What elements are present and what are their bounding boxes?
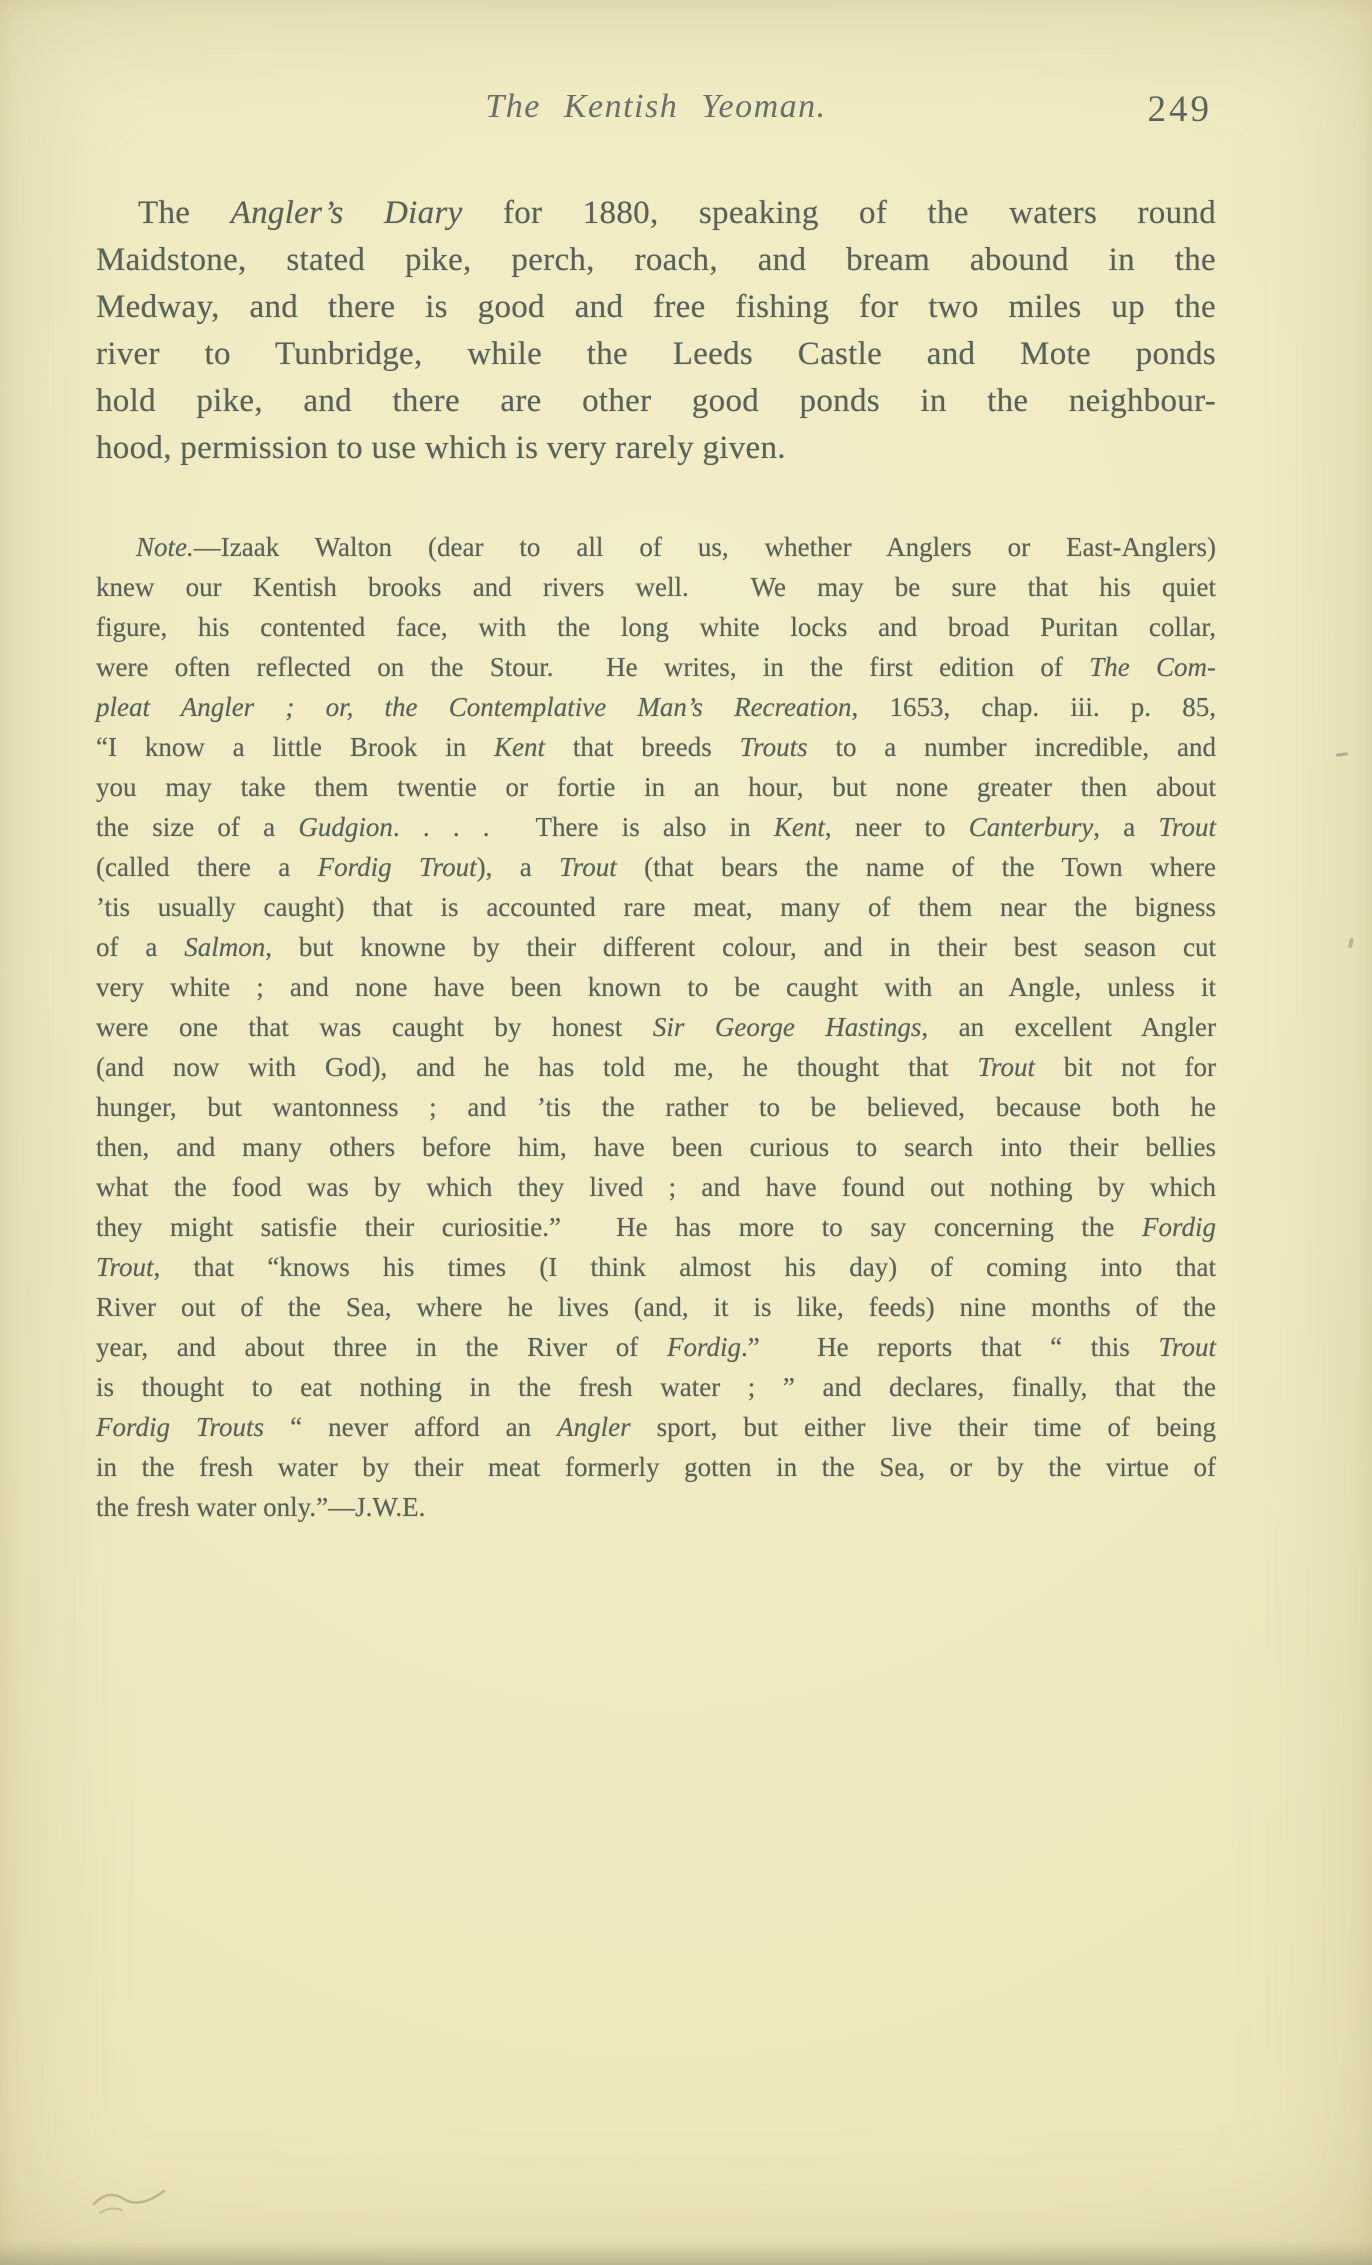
- italic-text-segment: Trout: [1158, 812, 1216, 842]
- italic-text-segment: Angler: [557, 1412, 631, 1442]
- text-line: pleat Angler ; or, the Contemplative Man…: [96, 687, 1216, 727]
- text-segment: , that “knows his times (I think almost …: [154, 1252, 1216, 1282]
- text-segment: (and now with God), and he has told me, …: [96, 1052, 977, 1082]
- text-segment: sport, but either live their time of bei…: [631, 1412, 1216, 1442]
- text-segment: is thought to eat nothing in the fresh w…: [96, 1372, 1216, 1402]
- text-segment: Maidstone, stated pike, perch, roach, an…: [96, 242, 1216, 278]
- text-line: The Angler’s Diary for 1880, speaking of…: [96, 190, 1216, 237]
- text-segment: ’tis usually caught) that is accounted r…: [96, 892, 1216, 922]
- book-page: The Kentish Yeoman. 249 The Angler’s Dia…: [0, 0, 1372, 2265]
- italic-text-segment: Fordig Trouts: [96, 1412, 264, 1442]
- text-line: in the fresh water by their meat formerl…: [96, 1447, 1216, 1487]
- italic-text-segment: Gudgion: [298, 812, 393, 842]
- text-line: Fordig Trouts “ never afford an Angler s…: [96, 1407, 1216, 1447]
- text-line: of a Salmon, but knowne by their differe…: [96, 927, 1216, 967]
- text-line: were one that was caught by honest Sir G…: [96, 1007, 1216, 1047]
- text-segment: you may take them twentie or fortie in a…: [96, 772, 1216, 802]
- text-line: (and now with God), and he has told me, …: [96, 1047, 1216, 1087]
- text-line: then, and many others before him, have b…: [96, 1127, 1216, 1167]
- italic-text-segment: Salmon: [184, 932, 265, 962]
- pencil-mark: [90, 2182, 170, 2221]
- italic-text-segment: Trout: [1158, 1332, 1216, 1362]
- text-segment: .” He reports that “ this: [741, 1332, 1158, 1362]
- text-segment: . . . . There is also in: [393, 812, 774, 842]
- text-line: the size of a Gudgion. . . . There is al…: [96, 807, 1216, 847]
- text-segment: the size of a: [96, 812, 298, 842]
- text-segment: , an excellent Angler: [921, 1012, 1216, 1042]
- text-segment: year, and about three in the River of: [96, 1332, 667, 1362]
- text-segment: , but knowne by their different colour, …: [265, 932, 1216, 962]
- text-segment: figure, his contented face, with the lon…: [96, 612, 1216, 642]
- text-line: the fresh water only.”—J.W.E.: [96, 1487, 1216, 1527]
- italic-text-segment: Trout: [96, 1252, 154, 1282]
- text-segment: hood, permission to use which is very ra…: [96, 430, 786, 466]
- text-segment: then, and many others before him, have b…: [96, 1132, 1216, 1162]
- italic-text-segment: The Com-: [1089, 652, 1216, 682]
- text-segment: (that bears the name of the Town where: [617, 852, 1216, 882]
- text-line: very white ; and none have been known to…: [96, 967, 1216, 1007]
- text-segment: of a: [96, 932, 184, 962]
- text-line: hold pike, and there are other good pond…: [96, 378, 1216, 425]
- text-line: ’tis usually caught) that is accounted r…: [96, 887, 1216, 927]
- text-segment: very white ; and none have been known to…: [96, 972, 1216, 1002]
- text-segment: , 1653, chap. iii. p. 85,: [852, 692, 1216, 722]
- italic-text-segment: Trouts: [740, 732, 808, 762]
- italic-text-segment: Fordig Trout: [318, 852, 477, 882]
- pencil-mark-svg: [90, 2182, 170, 2216]
- text-segment: in the fresh water by their meat formerl…: [96, 1452, 1216, 1482]
- text-segment: were often reflected on the Stour. He wr…: [96, 652, 1089, 682]
- text-segment: the fresh water only.”—J.W.E.: [96, 1492, 425, 1522]
- page-number: 249: [1148, 88, 1213, 131]
- italic-text-segment: Fordig: [1142, 1212, 1216, 1242]
- text-line: (called there a Fordig Trout), a Trout (…: [96, 847, 1216, 887]
- italic-text-segment: Note.: [136, 532, 194, 562]
- text-line: figure, his contented face, with the lon…: [96, 607, 1216, 647]
- italic-text-segment: Angler’s Diary: [231, 195, 463, 231]
- italic-text-segment: pleat Angler ; or, the Contemplative Man…: [96, 692, 852, 722]
- text-line: hood, permission to use which is very ra…: [96, 425, 1216, 472]
- text-line: river to Tunbridge, while the Leeds Cast…: [96, 331, 1216, 378]
- text-line: Trout, that “knows his times (I think al…: [96, 1247, 1216, 1287]
- italic-text-segment: Canterbury: [969, 812, 1094, 842]
- text-segment: were one that was caught by honest: [96, 1012, 653, 1042]
- scan-speck-tick: [1348, 938, 1354, 949]
- text-line: River out of the Sea, where he lives (an…: [96, 1287, 1216, 1327]
- text-segment: what the food was by which they lived ; …: [96, 1172, 1216, 1202]
- text-line: hunger, but wantonness ; and ’tis the ra…: [96, 1087, 1216, 1127]
- text-line: you may take them twentie or fortie in a…: [96, 767, 1216, 807]
- text-segment: hold pike, and there are other good pond…: [96, 383, 1216, 419]
- italic-text-segment: Trout: [977, 1052, 1035, 1082]
- text-segment: they might satisfie their curiositie.” H…: [96, 1212, 1142, 1242]
- main-paragraph: The Angler’s Diary for 1880, speaking of…: [96, 190, 1216, 472]
- text-segment: River out of the Sea, where he lives (an…: [96, 1292, 1216, 1322]
- text-line: Maidstone, stated pike, perch, roach, an…: [96, 237, 1216, 284]
- text-line: what the food was by which they lived ; …: [96, 1167, 1216, 1207]
- text-segment: hunger, but wantonness ; and ’tis the ra…: [96, 1092, 1216, 1122]
- text-segment: The: [138, 195, 231, 231]
- text-segment: “ never afford an: [264, 1412, 557, 1442]
- running-title: The Kentish Yeoman.: [96, 88, 1216, 126]
- text-segment: river to Tunbridge, while the Leeds Cast…: [96, 336, 1216, 372]
- text-segment: knew our Kentish brooks and rivers well.…: [96, 572, 1216, 602]
- text-segment: to a number incredible, and: [808, 732, 1216, 762]
- text-segment: ), a: [477, 852, 560, 882]
- italic-text-segment: Trout: [559, 852, 617, 882]
- text-segment: (called there a: [96, 852, 318, 882]
- italic-text-segment: Kent: [494, 732, 545, 762]
- text-line: they might satisfie their curiositie.” H…: [96, 1207, 1216, 1247]
- text-line: “I know a little Brook in Kent that bree…: [96, 727, 1216, 767]
- text-line: is thought to eat nothing in the fresh w…: [96, 1367, 1216, 1407]
- text-line: knew our Kentish brooks and rivers well.…: [96, 567, 1216, 607]
- italic-text-segment: Fordig: [667, 1332, 741, 1362]
- text-segment: —Izaak Walton (dear to all of us, whethe…: [194, 532, 1216, 562]
- italic-text-segment: Sir George Hastings: [653, 1012, 922, 1042]
- text-segment: that breeds: [545, 732, 740, 762]
- page-header: The Kentish Yeoman. 249: [96, 88, 1216, 140]
- text-line: were often reflected on the Stour. He wr…: [96, 647, 1216, 687]
- text-segment: bit not for: [1035, 1052, 1216, 1082]
- text-segment: Medway, and there is good and free fishi…: [96, 289, 1216, 325]
- italic-text-segment: Kent: [774, 812, 825, 842]
- text-segment: for 1880, speaking of the waters round: [463, 195, 1216, 231]
- text-segment: , a: [1093, 812, 1158, 842]
- text-line: Note.—Izaak Walton (dear to all of us, w…: [96, 527, 1216, 567]
- scan-speck-dash: [1336, 752, 1348, 757]
- footnote-paragraph: Note.—Izaak Walton (dear to all of us, w…: [96, 527, 1216, 1527]
- text-segment: , neer to: [825, 812, 969, 842]
- text-line: Medway, and there is good and free fishi…: [96, 284, 1216, 331]
- text-segment: “I know a little Brook in: [96, 732, 494, 762]
- text-line: year, and about three in the River of Fo…: [96, 1327, 1216, 1367]
